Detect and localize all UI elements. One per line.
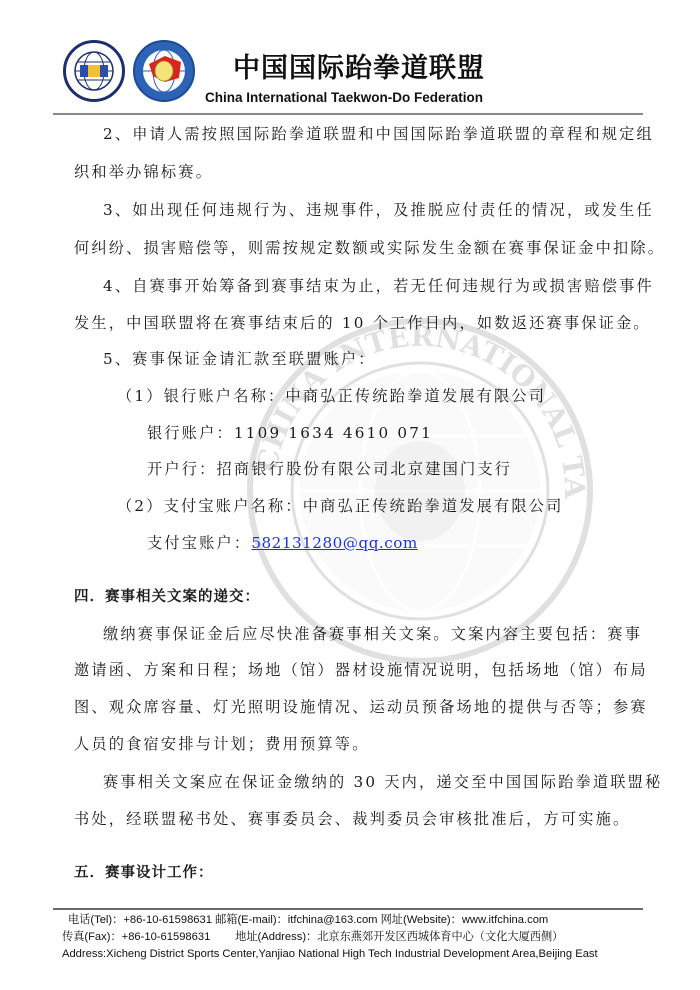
- paragraph-line: 4、自赛事开始筹备到赛事结束为止，若无任何违规行为或损害赔偿事件: [103, 275, 654, 296]
- citf-logo-icon: [133, 40, 195, 102]
- section-4-heading: 四．赛事相关文案的递交：: [74, 585, 260, 606]
- paragraph-line: 图、观众席容量、灯光照明设施情况、运动员预备场地的提供与否等；参赛: [74, 696, 648, 717]
- alipay-account-label: 支付宝账户：: [147, 534, 251, 552]
- header-divider: [53, 113, 643, 115]
- bank-account-number: 银行账户：1109 1634 4610 071: [147, 422, 433, 443]
- letterhead: 中国国际跆拳道联盟 China International Taekwon-Do…: [0, 0, 700, 112]
- paragraph-line: 发生，中国联盟将在赛事结束后的 10 个工作日内，如数返还赛事保证金。: [74, 312, 651, 333]
- paragraph-line: 书处，经联盟秘书处、赛事委员会、裁判委员会审核批准后，方可实施。: [74, 808, 630, 829]
- footer-fax-address-line: 传真(Fax)：+86-10-61598631 地址(Address)：北京东燕…: [62, 929, 598, 946]
- footer-divider: [53, 908, 643, 910]
- bank-account-name: （1）银行账户名称：中商弘正传统跆拳道发展有限公司: [117, 385, 546, 406]
- paragraph-line: 3、如出现任何违规行为、违规事件，及推脱应付责任的情况，或发生任: [103, 199, 654, 220]
- paragraph-line: 人员的食宿安排与计划；费用预算等。: [74, 733, 370, 754]
- letterhead-footer: 电话(Tel)：+86-10-61598631 邮箱(E-mail)：itfch…: [62, 912, 598, 963]
- org-title-chinese: 中国国际跆拳道联盟: [233, 46, 485, 85]
- itf-logo-icon: [63, 40, 125, 102]
- bank-branch: 开户行：招商银行股份有限公司北京建国门支行: [147, 458, 512, 479]
- paragraph-line: 2、申请人需按照国际跆拳道联盟和中国国际跆拳道联盟的章程和规定组: [103, 123, 654, 144]
- org-title-english: China International Taekwon-Do Federatio…: [205, 90, 483, 105]
- paragraph-line: 5、赛事保证金请汇款至联盟账户：: [103, 348, 376, 369]
- alipay-email-link[interactable]: 582131280@qq.com: [251, 534, 417, 552]
- footer-contact-line: 电话(Tel)：+86-10-61598631 邮箱(E-mail)：itfch…: [62, 912, 598, 929]
- paragraph-line: 织和举办锦标赛。: [74, 161, 213, 182]
- alipay-account: 支付宝账户：582131280@qq.com: [147, 532, 418, 553]
- paragraph-line: 缴纳赛事保证金后应尽快准备赛事相关文案。文案内容主要包括：赛事: [103, 623, 642, 644]
- footer-english-address-line: Address:Xicheng District Sports Center,Y…: [62, 946, 598, 963]
- paragraph-line: 何纠纷、损害赔偿等，则需按规定数额或实际发生金额在赛事保证金中扣除。: [74, 237, 665, 258]
- paragraph-line: 邀请函、方案和日程；场地（馆）器材设施情况说明，包括场地（馆）布局: [74, 659, 648, 680]
- section-5-heading: 五．赛事设计工作：: [74, 861, 214, 882]
- paragraph-line: 赛事相关文案应在保证金缴纳的 30 天内，递交至中国国际跆拳道联盟秘: [103, 771, 662, 792]
- alipay-account-name: （2）支付宝账户名称：中商弘正传统跆拳道发展有限公司: [117, 495, 564, 516]
